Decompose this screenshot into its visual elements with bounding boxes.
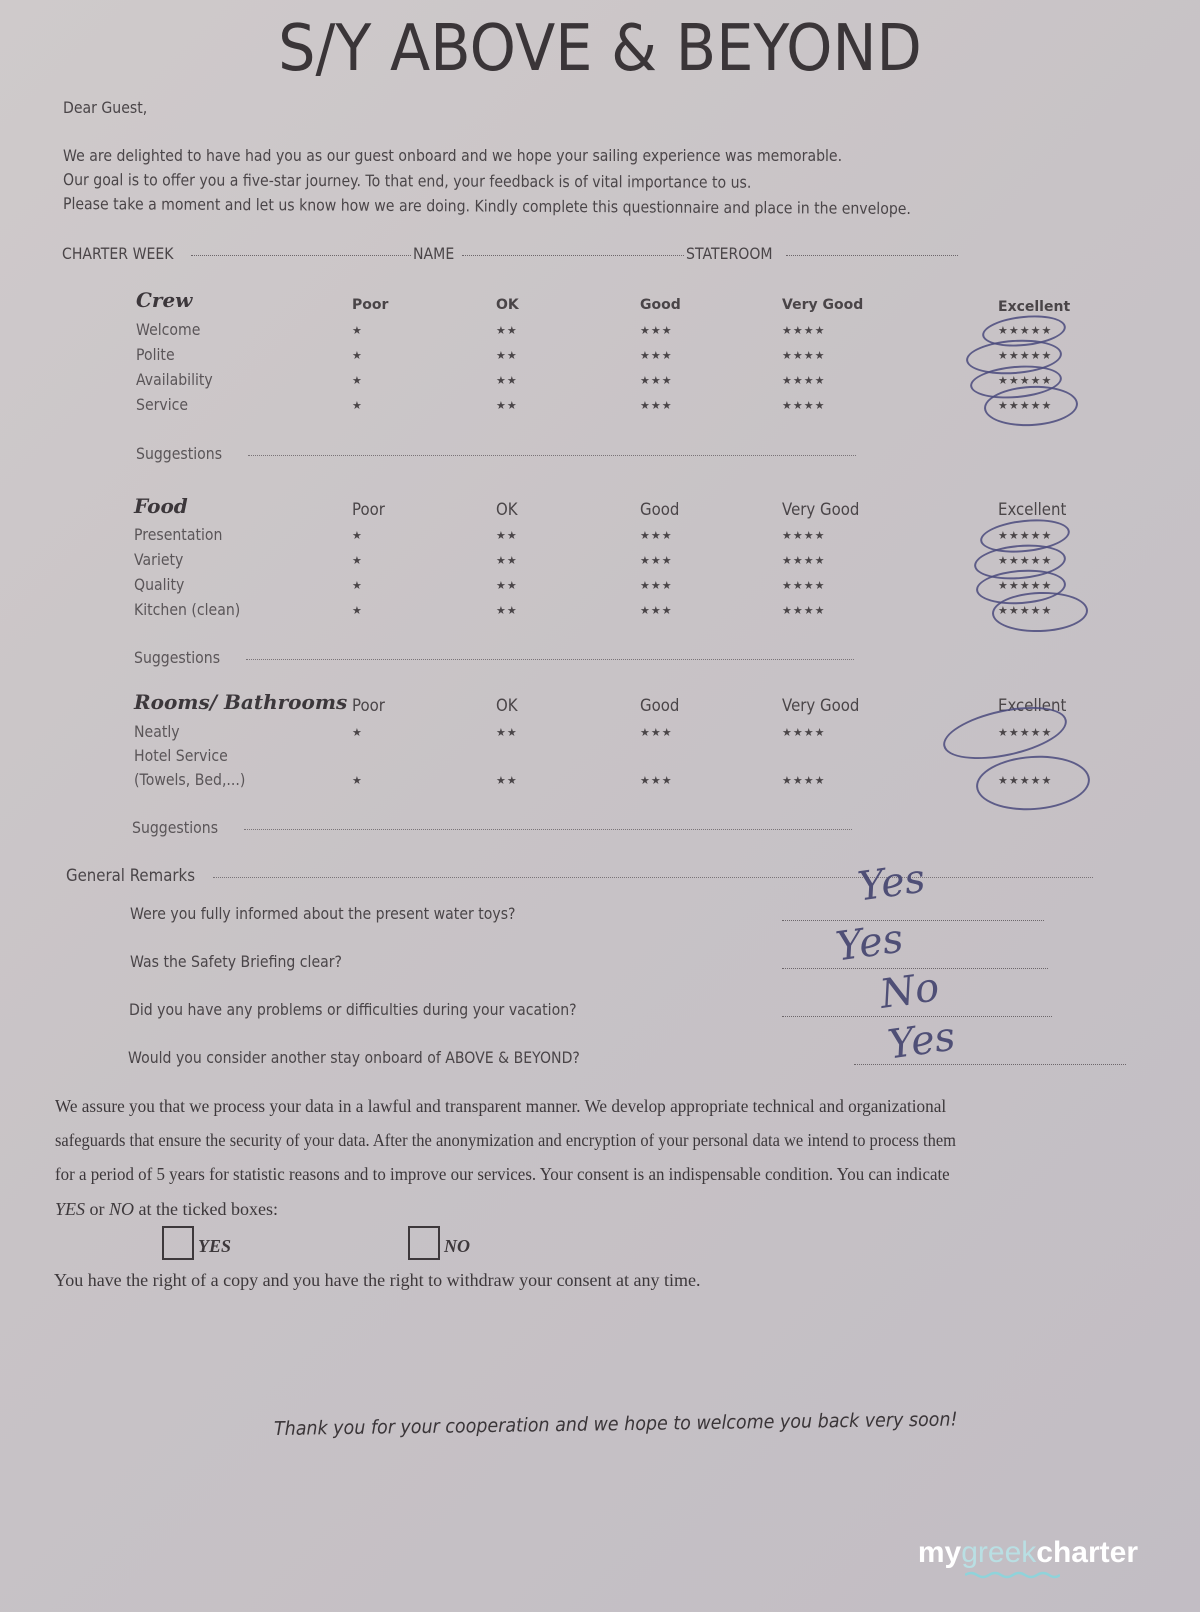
column-ok: OK (496, 500, 518, 520)
row-label: Presentation (134, 525, 222, 544)
name-field[interactable] (462, 255, 684, 256)
general-remarks-label: General Remarks (66, 866, 195, 886)
row-label: Kitchen (clean) (134, 600, 240, 619)
suggestions-label: Suggestions (132, 818, 218, 837)
rating-option-4[interactable]: ★★★★ (782, 399, 825, 412)
rating-option-1[interactable]: ★ (352, 374, 363, 387)
intro-line-2: Our goal is to offer you a five-star jou… (63, 170, 751, 192)
no-term: NO (109, 1199, 134, 1219)
general-remarks-field[interactable] (213, 877, 1093, 878)
question-another-stay: Would you consider another stay onboard … (128, 1048, 580, 1067)
rating-option-3[interactable]: ★★★ (640, 324, 673, 337)
charter-week-label: CHARTER WEEK (62, 244, 174, 263)
rating-option-3[interactable]: ★★★ (640, 774, 673, 787)
rating-option-2[interactable]: ★★ (496, 529, 518, 542)
handwritten-answer: Yes (885, 1014, 958, 1069)
rating-option-4[interactable]: ★★★★ (782, 774, 825, 787)
column-ok: OK (496, 297, 519, 313)
row-label: Variety (134, 550, 183, 569)
rating-option-1[interactable]: ★ (352, 399, 363, 412)
rating-option-4[interactable]: ★★★★ (782, 374, 825, 387)
rating-option-3[interactable]: ★★★ (640, 604, 673, 617)
stateroom-field[interactable] (786, 255, 958, 256)
rating-option-4[interactable]: ★★★★ (782, 604, 825, 617)
rating-option-4[interactable]: ★★★★ (782, 349, 825, 362)
column-poor: Poor (352, 297, 388, 313)
legal-line-4: YES or NO at the ticked boxes: (55, 1199, 278, 1220)
row-label: Hotel Service (134, 746, 228, 765)
legal-line-4-rest: at the ticked boxes: (134, 1199, 278, 1219)
rating-option-2[interactable]: ★★ (496, 349, 518, 362)
yes-term: YES (55, 1199, 85, 1219)
general-remarks-row: General Remarks (66, 866, 1093, 886)
rating-option-3[interactable]: ★★★ (640, 579, 673, 592)
rating-option-2[interactable]: ★★ (496, 604, 518, 617)
column-excellent: Excellent (998, 500, 1066, 520)
greeting: Dear Guest, (63, 98, 147, 117)
rating-option-2[interactable]: ★★ (496, 324, 518, 337)
rating-option-2[interactable]: ★★ (496, 579, 518, 592)
suggestions-label: Suggestions (136, 444, 222, 463)
suggestions-field[interactable] (244, 829, 852, 830)
rating-option-4[interactable]: ★★★★ (782, 726, 825, 739)
column-good: Good (640, 696, 679, 716)
column-poor: Poor (352, 500, 385, 520)
rights-notice: You have the right of a copy and you hav… (54, 1270, 701, 1291)
consent-no-checkbox[interactable] (408, 1226, 440, 1260)
rating-option-3[interactable]: ★★★ (640, 529, 673, 542)
rating-option-1[interactable]: ★ (352, 579, 363, 592)
guest-info-fields: CHARTER WEEK NAME STATEROOM (62, 244, 960, 263)
stateroom-label: STATEROOM (686, 244, 773, 263)
rating-option-4[interactable]: ★★★★ (782, 579, 825, 592)
rating-option-1[interactable]: ★ (352, 529, 363, 542)
legal-line-2: safeguards that ensure the security of y… (55, 1130, 956, 1151)
legal-line-3: for a period of 5 years for statistic re… (55, 1164, 950, 1185)
rating-option-3[interactable]: ★★★ (640, 726, 673, 739)
rating-option-2[interactable]: ★★ (496, 726, 518, 739)
rating-option-3[interactable]: ★★★ (640, 399, 673, 412)
suggestions-field[interactable] (246, 659, 854, 660)
selected-circle-mark (974, 752, 1091, 814)
rating-option-1[interactable]: ★ (352, 554, 363, 567)
or-text: or (85, 1199, 109, 1219)
section-title: Crew (136, 288, 192, 312)
row-label-continued: (Towels, Bed,...) (134, 770, 245, 789)
column-good: Good (640, 297, 681, 313)
mygreekcharter-logo: mygreekcharter (918, 1536, 1138, 1570)
rating-option-3[interactable]: ★★★ (640, 374, 673, 387)
row-label: Service (136, 395, 188, 414)
rating-option-1[interactable]: ★ (352, 349, 363, 362)
row-label: Availability (136, 370, 213, 389)
logo-part-greek: greek (961, 1536, 1036, 1569)
suggestions-row: Suggestions (136, 444, 856, 463)
suggestions-row: Suggestions (132, 818, 852, 837)
suggestions-label: Suggestions (134, 648, 220, 667)
handwritten-answer: Yes (833, 916, 906, 971)
column-ok: OK (496, 696, 518, 716)
rating-option-2[interactable]: ★★ (496, 399, 518, 412)
rating-option-4[interactable]: ★★★★ (782, 554, 825, 567)
charter-week-field[interactable] (191, 255, 411, 256)
column-poor: Poor (352, 696, 385, 716)
question-safety-briefing: Was the Safety Briefing clear? (130, 952, 342, 971)
rating-option-1[interactable]: ★ (352, 604, 363, 617)
row-label: Welcome (136, 320, 200, 339)
question-problems: Did you have any problems or difficultie… (129, 1000, 577, 1019)
rating-option-3[interactable]: ★★★ (640, 349, 673, 362)
column-very-good: Very Good (782, 297, 863, 313)
rating-option-1[interactable]: ★ (352, 726, 363, 739)
rating-option-1[interactable]: ★ (352, 324, 363, 337)
legal-line-1: We assure you that we process your data … (55, 1096, 946, 1117)
row-label: Neatly (134, 722, 180, 741)
column-good: Good (640, 500, 679, 520)
consent-yes-checkbox[interactable] (162, 1226, 194, 1260)
logo-part-charter: charter (1036, 1536, 1138, 1569)
column-very-good: Very Good (782, 500, 859, 520)
rating-option-2[interactable]: ★★ (496, 554, 518, 567)
logo-part-my: my (918, 1536, 961, 1569)
answer-field[interactable] (782, 1016, 1052, 1017)
wave-icon (965, 1571, 1060, 1579)
answer-field[interactable] (782, 920, 1044, 921)
intro-line-1: We are delighted to have had you as our … (63, 146, 842, 165)
page-title: S/Y ABOVE & BEYOND (48, 12, 1152, 86)
column-very-good: Very Good (782, 696, 859, 716)
section-title: Rooms/ Bathrooms (134, 690, 347, 714)
consent-no-label: NO (444, 1236, 470, 1257)
column-excellent: Excellent (998, 299, 1070, 315)
row-label: Polite (136, 345, 175, 364)
suggestions-field[interactable] (248, 455, 856, 456)
thank-you-message: Thank you for your cooperation and we ho… (274, 1408, 958, 1440)
rating-option-3[interactable]: ★★★ (640, 554, 673, 567)
rating-option-1[interactable]: ★ (352, 774, 363, 787)
rating-option-2[interactable]: ★★ (496, 774, 518, 787)
name-label: NAME (413, 244, 454, 263)
handwritten-answer: No (877, 964, 942, 1018)
rating-option-4[interactable]: ★★★★ (782, 324, 825, 337)
question-water-toys: Were you fully informed about the presen… (130, 904, 516, 923)
rating-option-4[interactable]: ★★★★ (782, 529, 825, 542)
consent-yes-label: YES (198, 1236, 231, 1257)
suggestions-row: Suggestions (134, 648, 854, 667)
section-title: Food (134, 494, 188, 518)
rating-option-2[interactable]: ★★ (496, 374, 518, 387)
handwritten-answer: Yes (855, 856, 928, 911)
row-label: Quality (134, 575, 184, 594)
intro-line-3: Please take a moment and let us know how… (63, 194, 911, 218)
feedback-form: S/Y ABOVE & BEYOND Dear Guest, We are de… (0, 0, 1200, 1612)
